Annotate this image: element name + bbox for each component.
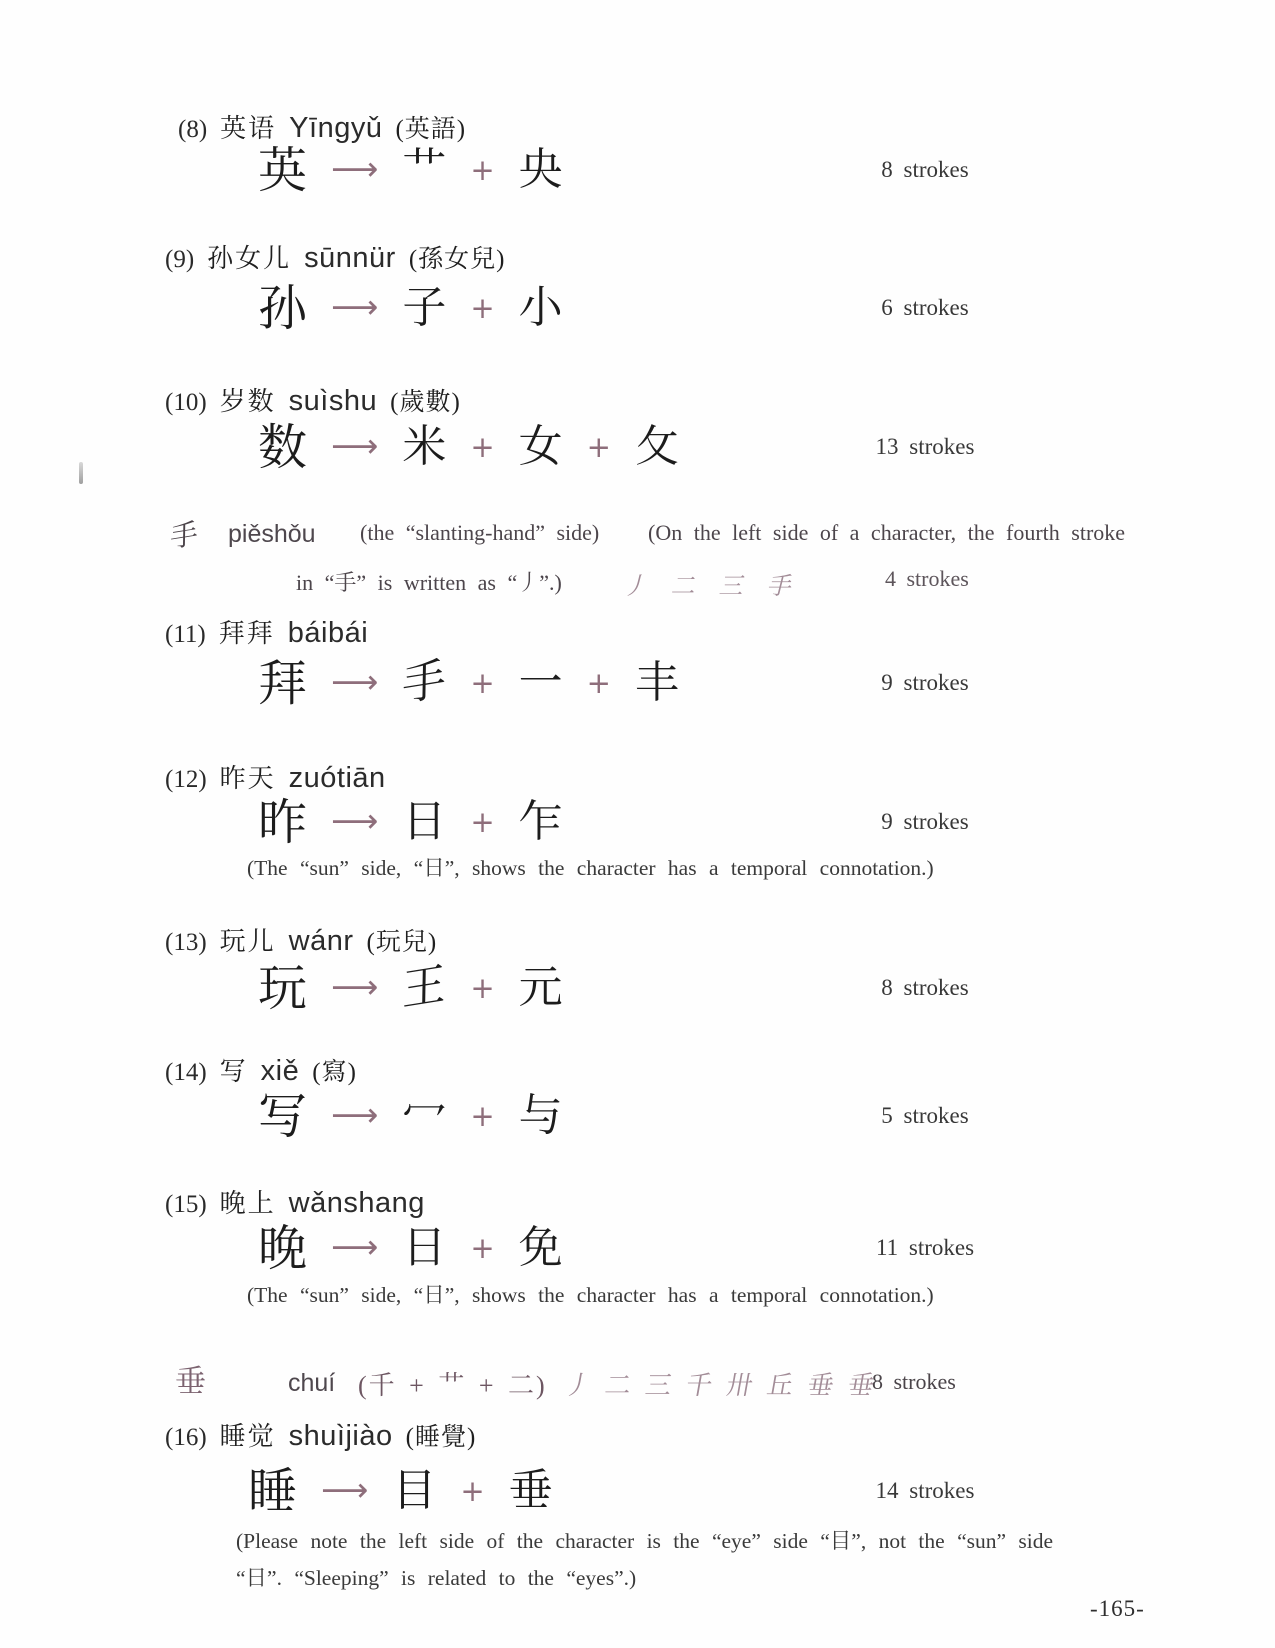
decomp-component-1: 日 [402,1226,446,1270]
decomp-component-3: 丰 [635,661,679,705]
stroke-count: 8 strokes [845,157,1005,183]
entry-15-decomposition: 晚 ⟶ 日 + 免 11 strokes [0,1216,1275,1280]
arrow-icon: ⟶ [331,665,378,698]
entry-word: 写 [220,1051,248,1088]
entry-15-note: (The “sun” side, “日”, shows the characte… [247,1278,934,1309]
entry-number: (13) [165,929,207,957]
entry-16-note-line-2: “日”. “Sleeping” is related to the “eyes”… [236,1561,636,1592]
entry-10-heading: (10) 岁数 suìshu (歲數) [165,381,461,418]
decomp-component-1: 米 [402,425,446,469]
arrow-icon: ⟶ [331,804,378,837]
pieshou-description-2: (On the left side of a character, the fo… [648,520,1125,546]
decomp-character: 英 [258,146,307,195]
stroke-count: 6 strokes [845,295,1005,321]
stroke-count: 8 strokes [872,1369,956,1395]
entry-number: (9) [165,246,194,274]
pieshou-description-1: (the “slanting-hand” side) [360,520,599,546]
arrow-icon: ⟶ [331,970,378,1003]
stroke-count: 11 strokes [845,1235,1005,1261]
plus-icon: + [470,808,494,837]
entry-12-decomposition: 昨 ⟶ 日 + 乍 9 strokes [0,790,1275,854]
arrow-icon: ⟶ [331,152,378,185]
entry-traditional: (睡覺) [406,1417,477,1453]
decomp-component-2: 元 [519,966,563,1010]
stroke-count: 4 strokes [885,566,969,592]
arrow-icon: ⟶ [321,1473,368,1506]
plus-icon: + [587,433,611,462]
decomp-component-1: 目 [392,1469,436,1513]
decomp-character: 玩 [258,964,307,1013]
textbook-page: (8) 英语 Yīngyǔ (英語) 英 ⟶ 艹 + 央 8 strokes (… [0,0,1275,1648]
decomp-character: 昨 [258,798,307,847]
pieshou-radical-glyph: 手 [170,518,198,556]
entry-pinyin: báibái [288,617,368,650]
entry-14-decomposition: 写 ⟶ 冖 + 与 5 strokes [0,1084,1275,1148]
plus-icon: + [470,156,494,185]
pieshou-note-line-2: in “手” is written as “丿”.) 丿 二 三 手 4 str… [0,566,1275,612]
decomp-component-2: 央 [519,148,563,192]
entry-word: 玩儿 [220,921,276,958]
entry-13-heading: (13) 玩儿 wánr (玩兒) [165,921,437,958]
pieshou-note-line-1: 手 piěshǒu (the “slanting-hand” side) (On… [0,520,1275,566]
decomp-component-1: 日 [402,800,446,844]
arrow-icon: ⟶ [331,1098,378,1131]
plus-icon: + [470,294,494,323]
plus-icon: + [470,974,494,1003]
decomp-character: 孙 [258,284,307,333]
decomp-component-1: 子 [402,286,446,330]
entry-12-note: (The “sun” side, “日”, shows the characte… [247,851,934,882]
entry-word: 岁数 [220,381,276,418]
entry-pinyin: suìshu [289,385,377,418]
plus-icon: + [470,1102,494,1131]
decomp-character: 拜 [258,659,307,708]
entry-16-note-line-1: (Please note the left side of the charac… [236,1524,1053,1555]
entry-word: 晚上 [220,1183,276,1220]
decomp-component-2: 一 [519,661,563,705]
decomp-component-2: 女 [519,425,563,469]
page-number: -165- [1090,1596,1145,1622]
decomp-component-2: 垂 [509,1469,553,1513]
decomp-character: 晚 [258,1224,307,1273]
arrow-icon: ⟶ [331,429,378,462]
chui-pinyin: chuí [288,1369,335,1398]
entry-9-decomposition: 孙 ⟶ 子 + 小 6 strokes [0,276,1275,340]
decomp-component-3: 攵 [635,425,679,469]
decomp-component-2: 乍 [519,800,563,844]
stroke-count: 13 strokes [845,434,1005,460]
decomp-component-1: 王 [402,962,446,1014]
entry-number: (14) [165,1059,207,1087]
plus-icon: + [460,1477,484,1506]
entry-16-heading: (16) 睡觉 shuìjiào (睡覺) [165,1416,476,1453]
scan-artifact [79,462,83,484]
stroke-count: 9 strokes [845,809,1005,835]
entry-word: 睡觉 [220,1416,276,1453]
plus-icon: + [470,669,494,698]
entry-word: 拜拜 [219,613,275,650]
entry-pinyin: shuìjiào [289,1420,393,1453]
stroke-count: 9 strokes [845,670,1005,696]
plus-icon: + [470,1234,494,1263]
arrow-icon: ⟶ [331,1230,378,1263]
entry-traditional: (寫) [312,1052,357,1088]
decomp-component-1: 艹 [402,148,446,192]
decomp-component-2: 免 [519,1226,563,1270]
arrow-icon: ⟶ [331,290,378,323]
decomp-component-1: 冖 [402,1094,446,1138]
entry-number: (11) [165,621,206,649]
entry-number: (10) [165,389,207,417]
entry-pinyin: wánr [289,925,354,958]
entry-10-decomposition: 数 ⟶ 米 + 女 + 攵 13 strokes [0,415,1275,479]
entry-15-heading: (15) 晚上 wǎnshang [165,1183,425,1220]
entry-11-heading: (11) 拜拜 báibái [165,613,368,650]
pieshou-stroke-sequence: 丿 二 三 手 [621,566,807,601]
decomp-character: 数 [258,423,307,472]
chui-note-line: 垂 chuí (千 + 艹 + 二) 丿 二 三 千 卅 丘 垂 垂 8 str… [0,1363,1275,1415]
stroke-count: 5 strokes [845,1103,1005,1129]
entry-pinyin: sūnnür [304,242,396,275]
entry-16-decomposition: 睡 ⟶ 目 + 垂 14 strokes [0,1459,1275,1523]
entry-word: 孙女儿 [207,238,291,275]
pieshou-description-3: in “手” is written as “丿”.) [296,566,562,597]
entry-8-decomposition: 英 ⟶ 艹 + 央 8 strokes [0,138,1275,202]
entry-11-decomposition: 拜 ⟶ 手 + 一 + 丰 9 strokes [0,651,1275,715]
entry-traditional: (歲數) [390,382,461,418]
stroke-count: 14 strokes [845,1478,1005,1504]
decomp-character: 写 [258,1092,307,1141]
entry-number: (15) [165,1191,207,1219]
entry-13-decomposition: 玩 ⟶ 王 + 元 8 strokes [0,956,1275,1020]
decomp-character: 睡 [248,1467,297,1516]
chui-formula: (千 + 艹 + 二) [358,1365,547,1402]
entry-traditional: (孫女兒) [409,239,506,275]
chui-stroke-sequence: 丿 二 三 千 卅 丘 垂 垂 [562,1365,882,1402]
entry-number: (16) [165,1424,207,1452]
chui-radical-glyph: 垂 [175,1363,206,1400]
decomp-component-2: 小 [519,286,563,330]
entry-traditional: (玩兒) [367,922,438,958]
entry-9-heading: (9) 孙女儿 sūnnür (孫女兒) [165,238,506,275]
plus-icon: + [587,669,611,698]
stroke-count: 8 strokes [845,975,1005,1001]
pieshou-pinyin: piěshǒu [228,520,316,549]
entry-14-heading: (14) 写 xiě (寫) [165,1051,357,1088]
decomp-component-2: 与 [519,1094,563,1138]
decomp-component-1: 手 [402,657,446,709]
plus-icon: + [470,433,494,462]
